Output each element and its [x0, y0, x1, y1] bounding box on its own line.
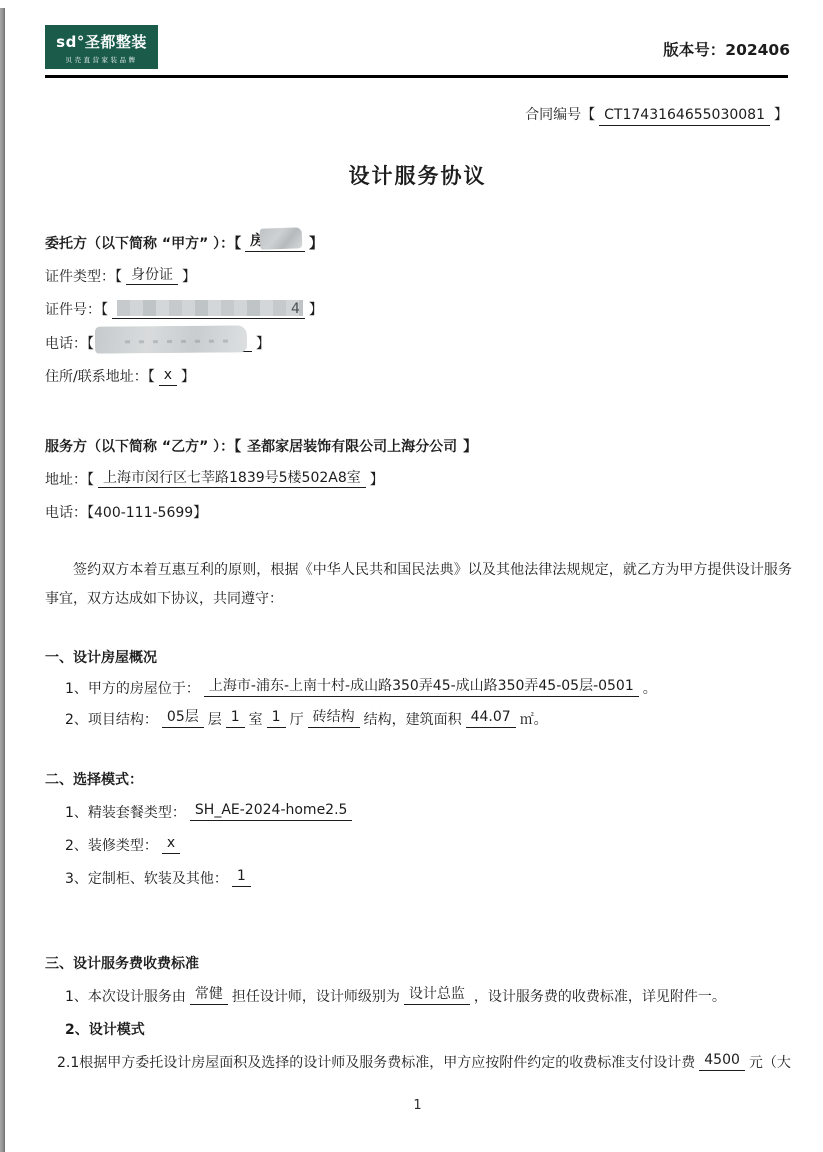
- design-fee-value: 4500: [699, 1052, 745, 1071]
- project-structure-line: 2、项目结构： 05层 层 1 室 1 厅 砖结构 结构，建筑面积 44.07 …: [45, 703, 790, 734]
- party-a-name: 房: [245, 233, 305, 252]
- design-fee-line: 2.1根据甲方委托设计房屋面积及选择的设计师及服务费标准，甲方应按附件约定的收费…: [45, 1045, 790, 1078]
- structure-value: 砖结构: [308, 709, 360, 728]
- brand-logo: sd°圣都整装 贝壳直营家装品牌: [45, 25, 158, 69]
- party-a-id-type: 身份证: [126, 267, 178, 286]
- party-a-phone-redaction: [95, 325, 247, 353]
- section-3-heading: 三、设计服务费收费标准: [45, 946, 790, 979]
- rooms-value: 1: [226, 709, 245, 728]
- party-b-address: 上海市闵行区七莘路1839号5楼502A8室: [98, 470, 366, 489]
- party-a-id-type-line: 证件类型：【 身份证 】: [45, 259, 790, 292]
- version-label: 版本号：202406: [663, 38, 790, 60]
- contract-number: CT1743164655030081: [599, 107, 770, 126]
- contract-number-close: 】: [774, 107, 788, 123]
- halls-value: 1: [267, 709, 286, 728]
- page-number: 1: [45, 1098, 790, 1113]
- contract-number-line: 合同编号【CT1743164655030081】: [525, 104, 788, 126]
- house-location-value: 上海市-浦东-上南十村-成山路350弄45-成山路350弄45-05层-0501: [204, 678, 639, 697]
- brand-logo-text: sd°圣都整装: [56, 31, 147, 52]
- decoration-type-line: 2、装修类型： x: [45, 828, 790, 861]
- scan-edge-strip: [0, 8, 5, 1152]
- contract-number-label: 合同编号【: [525, 107, 595, 123]
- area-value: 44.07: [466, 709, 516, 728]
- party-b-address-line: 地址：【 上海市闵行区七莘路1839号5楼502A8室 】: [45, 462, 790, 495]
- party-a-phone-line: 电话：【 】: [45, 326, 790, 359]
- custom-cabinet-line: 3、定制柜、软装及其他： 1: [45, 861, 790, 894]
- party-a-heading: 委托方（以下简称 “甲方” ）：【 房 】: [45, 226, 790, 259]
- party-a-address: x: [159, 367, 177, 386]
- section-1-heading: 一、设计房屋概况: [45, 641, 790, 672]
- document-title: 设计服务协议: [45, 160, 790, 190]
- floor-value: 05层: [162, 709, 204, 728]
- section-2-heading: 二、选择模式：: [45, 762, 790, 795]
- header-divider: [45, 75, 788, 78]
- package-type-value: SH_AE-2024-home2.5: [190, 802, 353, 821]
- party-a-id-number-line: 证件号：【 4 】: [45, 293, 790, 326]
- party-a-id-redaction: [117, 300, 303, 316]
- party-b-company: 圣都家居装饰有限公司上海分公司: [247, 436, 457, 456]
- party-b-phone-line: 电话：【400-111-5699】: [45, 496, 790, 529]
- designer-level: 设计总监: [404, 986, 470, 1005]
- party-a-id-number: 4: [112, 300, 305, 320]
- contract-content: sd°圣都整装 贝壳直营家装品牌 版本号：202406 合同编号【CT17431…: [45, 0, 790, 1152]
- party-a-phone: [98, 334, 252, 353]
- designer-line: 1、本次设计服务由 常健 担任设计师，设计师级别为 设计总监 ，设计服务费的收费…: [45, 979, 790, 1012]
- party-a-section: 委托方（以下简称 “甲方” ）：【 房 】 证件类型：【 身份证 】 证件号：【…: [45, 226, 790, 393]
- brand-logo-tagline: 贝壳直营家装品牌: [66, 55, 138, 64]
- package-type-line: 1、精装套餐类型： SH_AE-2024-home2.5: [45, 795, 790, 828]
- design-mode-heading: 2、设计模式: [45, 1012, 790, 1045]
- decoration-type-value: x: [162, 835, 180, 854]
- section-1: 一、设计房屋概况 1、甲方的房屋位于： 上海市-浦东-上南十村-成山路350弄4…: [45, 641, 790, 734]
- party-a-address-line: 住所/联系地址：【 x 】: [45, 360, 790, 393]
- custom-cabinet-value: 1: [232, 868, 251, 887]
- party-a-name-redaction: [260, 228, 303, 250]
- party-b-heading: 服务方（以下简称 “乙方” ）：【 圣都家居装饰有限公司上海分公司 】: [45, 429, 790, 462]
- contract-page: sd°圣都整装 贝壳直营家装品牌 版本号：202406 合同编号【CT17431…: [0, 0, 823, 1152]
- house-location-line: 1、甲方的房屋位于： 上海市-浦东-上南十村-成山路350弄45-成山路350弄…: [45, 672, 790, 703]
- section-2: 二、选择模式： 1、精装套餐类型： SH_AE-2024-home2.5 2、装…: [45, 762, 790, 894]
- party-a-id-visible-digit: 4: [291, 301, 300, 317]
- section-3: 三、设计服务费收费标准 1、本次设计服务由 常健 担任设计师，设计师级别为 设计…: [45, 946, 790, 1078]
- designer-name: 常健: [190, 986, 228, 1005]
- preamble-paragraph: 签约双方本着互惠互利的原则，根据《中华人民共和国民法典》以及其他法律法规规定，就…: [45, 556, 792, 614]
- party-b-section: 服务方（以下简称 “乙方” ）：【 圣都家居装饰有限公司上海分公司 】 地址：【…: [45, 429, 790, 529]
